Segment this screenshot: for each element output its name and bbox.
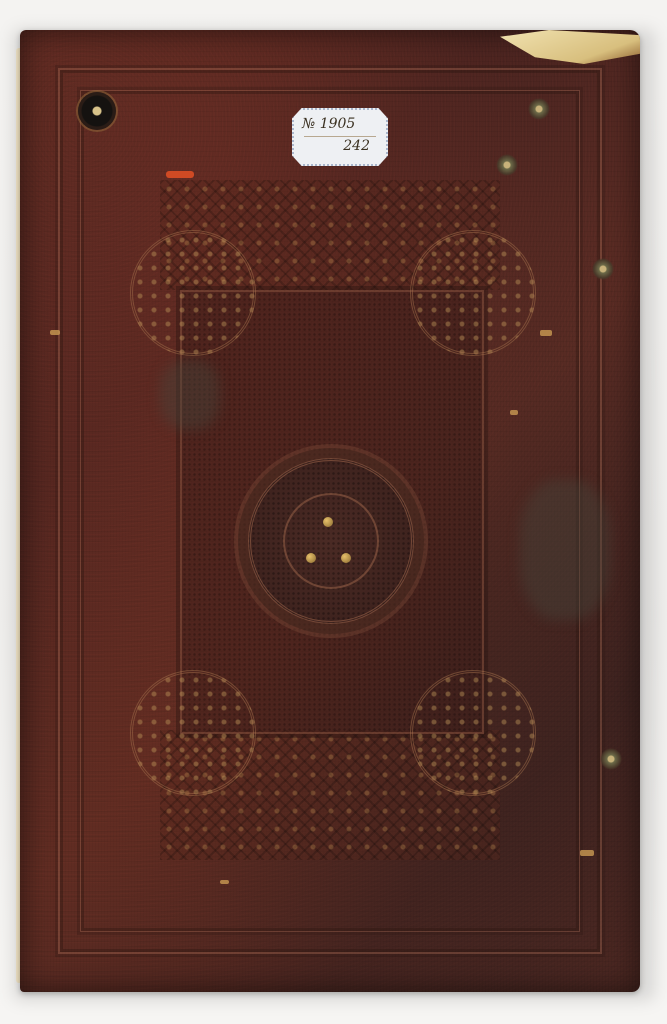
leather-chip bbox=[510, 410, 518, 415]
label-number-line: № 1905 bbox=[302, 116, 355, 132]
corner-piece-bottom-left bbox=[130, 670, 256, 796]
clasp-hole bbox=[78, 92, 116, 130]
rosette-right-upper bbox=[592, 258, 614, 280]
book-cover: № 1905 242 bbox=[20, 30, 640, 992]
rosette-right-lower bbox=[600, 748, 622, 770]
shelf-label: № 1905 242 bbox=[292, 108, 388, 166]
gilt-dot bbox=[306, 553, 316, 563]
leather-chip bbox=[50, 330, 60, 335]
corner-piece-top-right bbox=[410, 230, 536, 356]
corner-piece-top-left bbox=[130, 230, 256, 356]
leather-chip bbox=[580, 850, 594, 856]
central-medallion bbox=[248, 458, 414, 624]
rosette-top-right bbox=[528, 98, 550, 120]
leather-chip bbox=[540, 330, 552, 336]
label-rule bbox=[304, 136, 376, 137]
gilt-dot bbox=[341, 553, 351, 563]
gilt-dot bbox=[323, 517, 333, 527]
rosette-small bbox=[496, 154, 518, 176]
abrasion-right bbox=[520, 480, 610, 620]
medallion-inner-ring bbox=[283, 493, 379, 589]
red-wax-mark bbox=[166, 171, 194, 178]
abrasion-left bbox=[160, 360, 220, 430]
leather-chip bbox=[220, 880, 229, 884]
corner-piece-bottom-right bbox=[410, 670, 536, 796]
label-shelfmark-line: 242 bbox=[343, 138, 370, 154]
